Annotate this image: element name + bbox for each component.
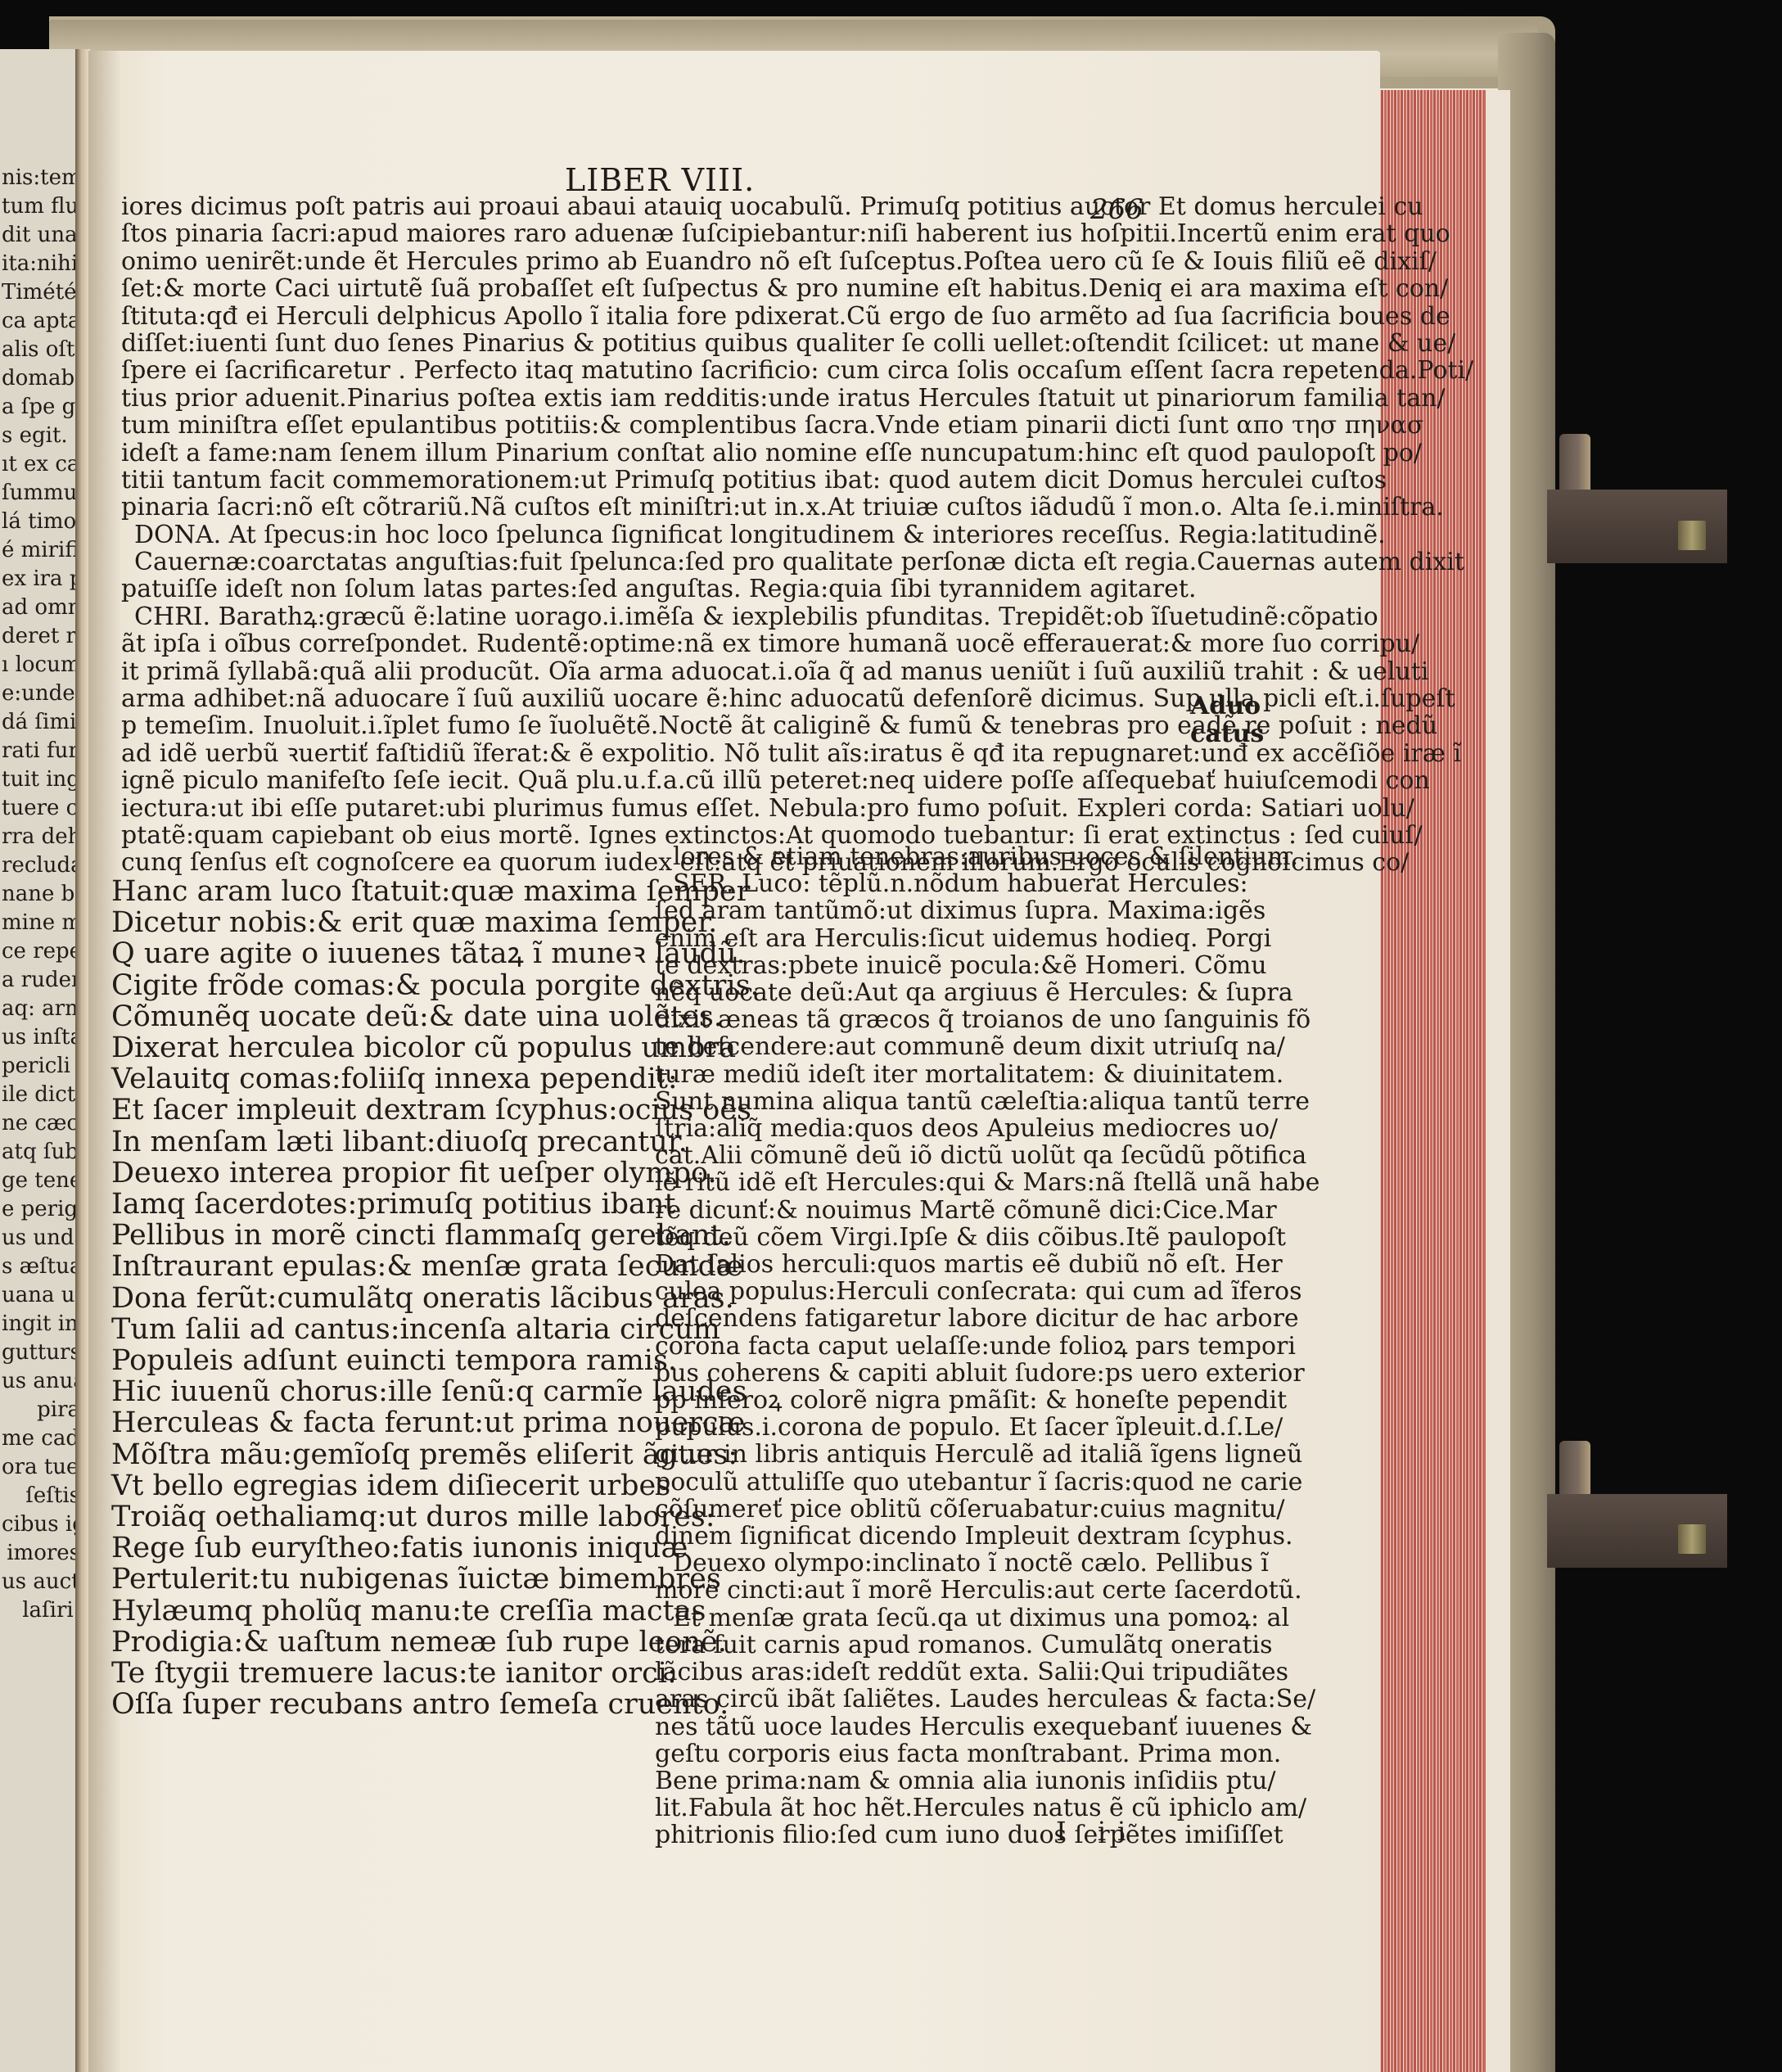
left-page-line: a ſpe gregis:ná & xyxy=(2,393,80,422)
left-page-line: dit una.b.uo.ná xyxy=(2,221,80,250)
verse-line: Populeis adſunt euincti tempora ramis. xyxy=(111,1345,643,1376)
left-page-line: atq ſub ãtro xyxy=(2,1138,80,1167)
commentary-line: deſcendens fatigaretur labore dicitur de… xyxy=(655,1305,1179,1332)
commentary-line: ad idẽ uerbũ ꝛuertiť faſtidiũ ĩferat:& ẽ… xyxy=(121,740,1185,767)
commentary-line: bus coherens & capiti abluit ſudore:ps u… xyxy=(655,1360,1179,1387)
commentary-line: pinaria ſacri:nõ eſt cõtrariũ.Nã cuſtos … xyxy=(121,494,1185,521)
commentary-line: gitur in libris antiquis Herculẽ ad ital… xyxy=(655,1441,1179,1468)
commentary-line: cõſumereť pice oblitũ cõſeruabatur:cuius… xyxy=(655,1496,1179,1523)
commentary-column-right: lores & etiam tenebras:auribus uoces & ſ… xyxy=(655,843,1179,1849)
left-page-line: tuit ingens xyxy=(2,765,80,794)
verse-line: Inſtraurant epulas:& menſæ grata ſecundæ xyxy=(111,1251,643,1282)
left-page-line: ı locum peruenit: xyxy=(2,651,80,679)
left-page-line: é mirifice. Ecce xyxy=(2,536,80,565)
verse-line: Velauitq comas:foliiſq innexa pependit: xyxy=(111,1063,643,1095)
verse-line: Dixerat herculea bicolor cũ populus umbr… xyxy=(111,1032,643,1063)
verse-line: In menſam læti libant:diuoſq precantur. xyxy=(111,1126,643,1158)
left-facing-page: nis:tem naturætum fluminis.dit una.b.uo.… xyxy=(0,49,82,2072)
commentary-line: lãcibus aras:ideſt reddũt exta. Salii:Qu… xyxy=(655,1659,1179,1686)
verse-line: Et ſacer impleuit dextram ſcyphus:ocius … xyxy=(111,1095,643,1126)
left-page-line: us anuallis xyxy=(2,1367,80,1396)
commentary-line: tẽq deũ cõem Virgi.Ipſe & diis cõibus.It… xyxy=(655,1224,1179,1251)
commentary-line: poculũ attuliſſe quo utebantur ĩ ſacris:… xyxy=(655,1469,1179,1496)
commentary-line: turæ mediũ ideſt iter mortalitatem: & di… xyxy=(655,1061,1179,1088)
commentary-line: ſtria:aliq̃ media:quos deos Apuleius med… xyxy=(655,1115,1179,1142)
commentary-line: nẽq uocate deũ:Aut qa argiuus ẽ Hercules… xyxy=(655,979,1179,1006)
verse-line: Deuexo interea propior fit ueſper olympo… xyxy=(111,1158,643,1189)
clasp-brass-tip-icon xyxy=(1678,1524,1706,1554)
verse-line: Te ſtygii tremuere lacus:te ianitor orci… xyxy=(111,1658,643,1689)
commentary-line: CHRI. Barathꝝ:græcũ ẽ:latine uorago.i.im… xyxy=(121,603,1185,630)
left-page-line: ne cæca: xyxy=(2,1109,80,1138)
commentary-line: it primã ſyllabã:quã alii producũt. Oĩa … xyxy=(121,658,1185,685)
left-page-line: rra dehiſcens xyxy=(2,823,80,851)
marginal-note-line: Aduo xyxy=(1190,693,1264,720)
commentary-line: tius prior aduenit.Pinarius poſtea extis… xyxy=(121,385,1185,412)
left-page-line: ora tuendo xyxy=(2,1453,80,1482)
left-page-line: e perignem xyxy=(2,1195,80,1224)
left-page-line: ſummus timor xyxy=(2,479,80,508)
signature-mark: I ii xyxy=(1056,1816,1137,1847)
commentary-line: Dat ſalios herculi:quos martis eẽ dubiũ … xyxy=(655,1251,1179,1278)
verse-line: Dona ferũt:cumulãtq oneratis lãcibus ara… xyxy=(111,1283,643,1314)
commentary-line: lores & etiam tenebras:auribus uoces & ſ… xyxy=(655,843,1179,870)
verse-line: Dicetur nobis:& erit quæ maxima ſemper. xyxy=(111,907,643,938)
marginal-note-line: catus xyxy=(1190,720,1264,748)
commentary-line: diſſet:iuenti ſunt duo ſenes Pinarius & … xyxy=(121,330,1185,357)
left-page-line: a rudentem xyxy=(2,966,80,995)
left-page-line: ad omnia uertit. xyxy=(2,594,80,622)
commentary-line: ãt ipſa i oĩbus correſpondet. Rudentẽ:op… xyxy=(121,630,1185,657)
left-page-line: alis oſtenditur. xyxy=(2,336,80,364)
verse-line: Hic iuuenũ chorus:ille ſenũ:q carmĩe lau… xyxy=(111,1376,643,1407)
left-page-line: ca apta ſe contu xyxy=(2,307,80,336)
verse-text-column: Hanc aram luco ſtatuit:quæ maxima ſemper… xyxy=(111,876,643,1720)
left-page-line: ex ira properan/ xyxy=(2,565,80,594)
commentary-line: p temeſim. Inuoluit.i.ĩplet fumo ſe ĩuol… xyxy=(121,712,1185,739)
commentary-line: iores dicimus poſt patris aui proaui aba… xyxy=(121,193,1185,220)
commentary-line: te dextras:pbete inuicẽ pocula:&ẽ Homeri… xyxy=(655,952,1179,979)
commentary-line: pp inferoꝝ colorẽ nigra pmãſit: & honeſt… xyxy=(655,1387,1179,1414)
left-page-line: ge tenebris. xyxy=(2,1167,80,1195)
verse-line: Prodigia:& uaſtum nemeæ ſub rupe leonẽ. xyxy=(111,1627,643,1658)
commentary-line: Sunt numina aliqua tantũ cæleſtia:aliqua… xyxy=(655,1088,1179,1115)
left-page-line: ita:nihil profuit xyxy=(2,250,80,278)
verse-line: Q uare agite o iuuenes tãtaꝝ ĩ muneꝛ lau… xyxy=(111,938,643,969)
left-page-line: nis:tem naturæ xyxy=(2,164,80,192)
left-page-line: tum fluminis. xyxy=(2,192,80,221)
commentary-line: lẽ ritũ idẽ eſt Hercules:qui & Mars:nã ſ… xyxy=(655,1169,1179,1196)
verse-line: Hanc aram luco ſtatuit:quæ maxima ſemper xyxy=(111,876,643,907)
commentary-line: ſtituta:qđ ei Herculi delphicus Apollo ĩ… xyxy=(121,303,1185,330)
verse-line: Hylæumq pholũq manu:te creſſia mactas xyxy=(111,1596,643,1627)
verse-line: Pellibus in morẽ cincti flammaſq gereban… xyxy=(111,1220,643,1251)
verse-line: Troiãq oethaliamq:ut duros mille labores… xyxy=(111,1501,643,1533)
verse-line: Tum ſalii ad cantus:incenſa altaria circ… xyxy=(111,1314,643,1345)
left-page-line: ıt ex candeſentia xyxy=(2,450,80,479)
commentary-line: Et menſæ grata ſecũ.qa ut diximus una po… xyxy=(655,1605,1179,1632)
left-page-line: me cadauer xyxy=(2,1424,80,1453)
left-page-line: tuere cauernæ: xyxy=(2,794,80,823)
commentary-line: tera fuit carnis apud romanos. Cumulãtq … xyxy=(655,1632,1179,1659)
left-page-line: cibus ignes xyxy=(2,1510,80,1539)
left-page-line: dá ſimilitudine in xyxy=(2,708,80,737)
left-page-text-fragments: nis:tem naturætum fluminis.dit una.b.uo.… xyxy=(2,164,80,1625)
commentary-line: iectura:ut ibi eſſe putaret:ubi plurimus… xyxy=(121,795,1185,822)
verse-line: Cõmunẽq uocate deũ:& date uina uolẽtes. xyxy=(111,1001,643,1032)
commentary-line: re dicunť:& nouimus Martẽ cõmunẽ dici:Ci… xyxy=(655,1197,1179,1224)
commentary-line: patuiſſe ideſt non ſolum latas partes:ſe… xyxy=(121,576,1185,603)
left-page-line: Timété:hoc tria xyxy=(2,278,80,307)
commentary-line: ſet:& morte Caci uirtutẽ ſuã probaſſet e… xyxy=(121,275,1185,302)
commentary-line: aras circũ ibãt ſaliẽtes. Laudes hercule… xyxy=(655,1686,1179,1713)
endleaf-edge xyxy=(1484,90,1510,2072)
left-page-line: recludat xyxy=(2,851,80,880)
left-page-line: mine manes. xyxy=(2,909,80,937)
commentary-line: Bene prima:nam & omnia alia iunonis inſi… xyxy=(655,1767,1179,1794)
commentary-line: ſtos pinaria ſacri:apud maiores raro adu… xyxy=(121,220,1185,247)
verse-line: Cigite frõde comas:& pocula porgite dext… xyxy=(111,970,643,1001)
commentary-line: tum miniſtra eſſet epulantibus potitiis:… xyxy=(121,412,1185,439)
commentary-line: DONA. At ſpecus:in hoc loco ſpelunca ſig… xyxy=(121,521,1185,548)
commentary-line: culea populus:Herculi conſecrata: qui cu… xyxy=(655,1278,1179,1305)
left-page-line: ile dictu: xyxy=(2,1081,80,1109)
commentary-line: SER. Luco: tẽplũ.n.nõdum habuerat Hercul… xyxy=(655,870,1179,897)
commentary-line: corona facta caput uelaſſe:unde folioꝝ p… xyxy=(655,1333,1179,1360)
left-page-line: deret reſedit:qđ xyxy=(2,622,80,651)
commentary-line: ignẽ piculo manifeſto ſeſe iecit. Quã pl… xyxy=(121,767,1185,794)
left-page-line: ſeſtis xyxy=(2,1482,80,1510)
left-page-line: rati furioſiq ſunt; xyxy=(2,737,80,765)
left-page-line: s egit. Spem cu xyxy=(2,422,80,450)
left-page-line: uana uomeñ xyxy=(2,1281,80,1310)
left-page-line: imores xyxy=(2,1539,80,1568)
commentary-line: enim eſt ara Herculis:ſicut uidemus hodi… xyxy=(655,925,1179,952)
left-page-line: laſiri. xyxy=(2,1596,80,1625)
commentary-line: titii tantum facit commemorationem:ut Pr… xyxy=(121,467,1185,494)
commentary-line: arma adhibet:nã aduocare ĩ ſuũ auxiliũ u… xyxy=(121,685,1185,712)
left-page-line: us undam xyxy=(2,1224,80,1253)
commentary-line: cat.Alii cõmunẽ deũ iõ dictũ uolũt qa ſe… xyxy=(655,1142,1179,1169)
left-page-line: gutturs xyxy=(2,1338,80,1367)
commentary-line: Deuexo olympo:inclinato ĩ noctẽ cælo. Pe… xyxy=(655,1550,1179,1577)
commentary-line: geſtu corporis eius facta monſtrabant. P… xyxy=(655,1740,1179,1767)
verse-line: Vt bello egregias idem diſiecerit urbes xyxy=(111,1470,643,1501)
left-page-line: pira xyxy=(2,1396,80,1424)
commentary-line: nes tãtũ uoce laudes Herculis exequebanť… xyxy=(655,1713,1179,1740)
commentary-line: ſed aram tantũmõ:ut diximus ſupra. Maxim… xyxy=(655,897,1179,924)
verse-line: Mõſtra mãu:gemĩoſq premẽs eliſerit ãgues… xyxy=(111,1439,643,1470)
commentary-line: onimo uenirẽt:unde ẽt Hercules primo ab … xyxy=(121,248,1185,275)
commentary-block-top: iores dicimus poſt patris aui proaui aba… xyxy=(121,193,1185,877)
left-page-line: ce repente xyxy=(2,937,80,966)
commentary-line: dixit æneas tã græcos q̃ troianos de uno… xyxy=(655,1006,1179,1033)
commentary-line: dinem ſignificat dicendo Impleuit dextra… xyxy=(655,1523,1179,1550)
commentary-line: pupulus.i.corona de populo. Et ſacer ĩpl… xyxy=(655,1414,1179,1441)
left-page-line: e:unde ifrédéspor xyxy=(2,679,80,708)
left-page-line: pericli é) xyxy=(2,1052,80,1081)
commentary-line: ſpere ei ſacrificaretur . Perfecto itaq … xyxy=(121,357,1185,384)
commentary-line: ideſt a fame:nam ſenem illum Pinarium co… xyxy=(121,440,1185,467)
verse-line: Rege ſub euryſtheo:fatis iunonis iniquæ xyxy=(111,1533,643,1564)
left-page-line: us auctor: xyxy=(2,1568,80,1596)
left-page-line: domabat. Qua xyxy=(2,364,80,393)
commentary-line: morẽ cincti:aut ĩ morẽ Herculis:aut cert… xyxy=(655,1577,1179,1604)
left-page-line: s æſtuat atra xyxy=(2,1253,80,1281)
marginal-note: Aduo catus xyxy=(1190,693,1264,748)
clasp-brass-tip-icon xyxy=(1678,521,1706,550)
commentary-line: te deſcendere:aut communẽ deum dixit utr… xyxy=(655,1033,1179,1060)
verse-line: Pertulerit:tu nubigenas ĩuictæ bimembres xyxy=(111,1564,643,1595)
commentary-line: Cauernæ:coarctatas anguſtias:fuit ſpelun… xyxy=(121,548,1185,576)
left-page-line: us inſtat. xyxy=(2,1023,80,1052)
verse-line: Oſſa ſuper recubans antro ſemeſa cruento… xyxy=(111,1689,643,1720)
verse-line: Herculeas & facta ferunt:ut prima nouerc… xyxy=(111,1407,643,1438)
left-page-line: ingit inferſis xyxy=(2,1310,80,1338)
left-page-line: aq: arma xyxy=(2,995,80,1023)
verse-line: Iamq ſacerdotes:primuſq potitius ibant xyxy=(111,1189,643,1220)
left-page-line: nane barathrú xyxy=(2,880,80,909)
left-page-line: lá timor igiť cele xyxy=(2,508,80,536)
